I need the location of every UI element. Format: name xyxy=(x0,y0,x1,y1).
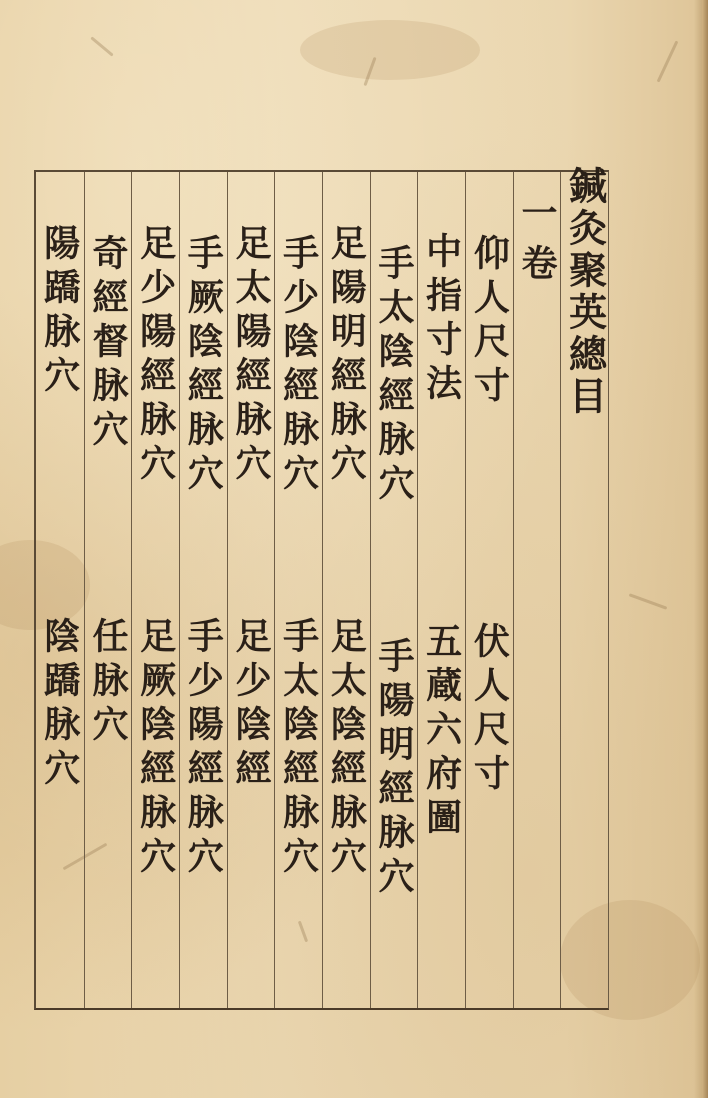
columns: 鍼灸聚英總目 一卷 仰人尺寸 伏人尺寸 中指寸法 五蔵六府圖 手太陰經脉穴 手陽… xyxy=(36,172,608,1008)
volume-column: 一卷 xyxy=(513,172,561,1008)
entry-upper: 陽蹻脉穴 xyxy=(38,224,82,400)
entry-upper: 中指寸法 xyxy=(420,232,464,408)
entry-lower: 手陽明經脉穴 xyxy=(372,637,416,901)
entry-column: 手少陰經脉穴 手太陰經脉穴 xyxy=(274,172,322,1008)
table-of-contents-frame: 鍼灸聚英總目 一卷 仰人尺寸 伏人尺寸 中指寸法 五蔵六府圖 手太陰經脉穴 手陽… xyxy=(34,170,609,1010)
paper-stain xyxy=(300,20,480,80)
entry-lower: 陰蹻脉穴 xyxy=(38,617,82,793)
paper-fiber xyxy=(657,40,679,82)
entry-column: 手厥陰經脉穴 手少陽經脉穴 xyxy=(179,172,227,1008)
entry-upper: 足陽明經脉穴 xyxy=(324,224,368,488)
volume-label: 一卷 xyxy=(515,194,559,294)
paper-fiber xyxy=(90,36,113,56)
entry-column: 奇經督脉穴 任脉穴 xyxy=(84,172,132,1008)
entry-lower: 手少陽經脉穴 xyxy=(181,617,225,881)
entry-column: 中指寸法 五蔵六府圖 xyxy=(417,172,465,1008)
volume-word: 卷 xyxy=(516,244,558,294)
document-title: 鍼灸聚英總目 xyxy=(563,166,607,418)
entry-upper: 足太陽經脉穴 xyxy=(229,224,273,488)
paper-fiber xyxy=(629,593,668,609)
entry-lower: 足厥陰經脉穴 xyxy=(134,617,178,881)
volume-number: 一 xyxy=(516,194,558,244)
entry-upper: 手厥陰經脉穴 xyxy=(181,234,225,498)
entry-lower: 足少陰經 xyxy=(229,617,273,793)
entry-upper: 足少陽經脉穴 xyxy=(134,224,178,488)
entry-column: 手太陰經脉穴 手陽明經脉穴 xyxy=(370,172,418,1008)
entry-lower: 足太陰經脉穴 xyxy=(324,617,368,881)
entry-upper: 手太陰經脉穴 xyxy=(372,244,416,508)
entry-lower: 伏人尺寸 xyxy=(467,622,511,798)
entry-column: 陽蹻脉穴 陰蹻脉穴 xyxy=(36,172,84,1008)
entry-lower: 五蔵六府圖 xyxy=(420,622,464,842)
entry-column: 仰人尺寸 伏人尺寸 xyxy=(465,172,513,1008)
entry-lower: 任脉穴 xyxy=(86,617,130,749)
entry-upper: 仰人尺寸 xyxy=(467,234,511,410)
entry-upper: 奇經督脉穴 xyxy=(86,234,130,454)
entry-lower: 手太陰經脉穴 xyxy=(277,617,321,881)
entry-upper: 手少陰經脉穴 xyxy=(277,234,321,498)
entry-column: 足少陽經脉穴 足厥陰經脉穴 xyxy=(131,172,179,1008)
title-column: 鍼灸聚英總目 xyxy=(560,172,608,1008)
page-edge xyxy=(702,0,708,1098)
entry-column: 足陽明經脉穴 足太陰經脉穴 xyxy=(322,172,370,1008)
entry-column: 足太陽經脉穴 足少陰經 xyxy=(227,172,275,1008)
